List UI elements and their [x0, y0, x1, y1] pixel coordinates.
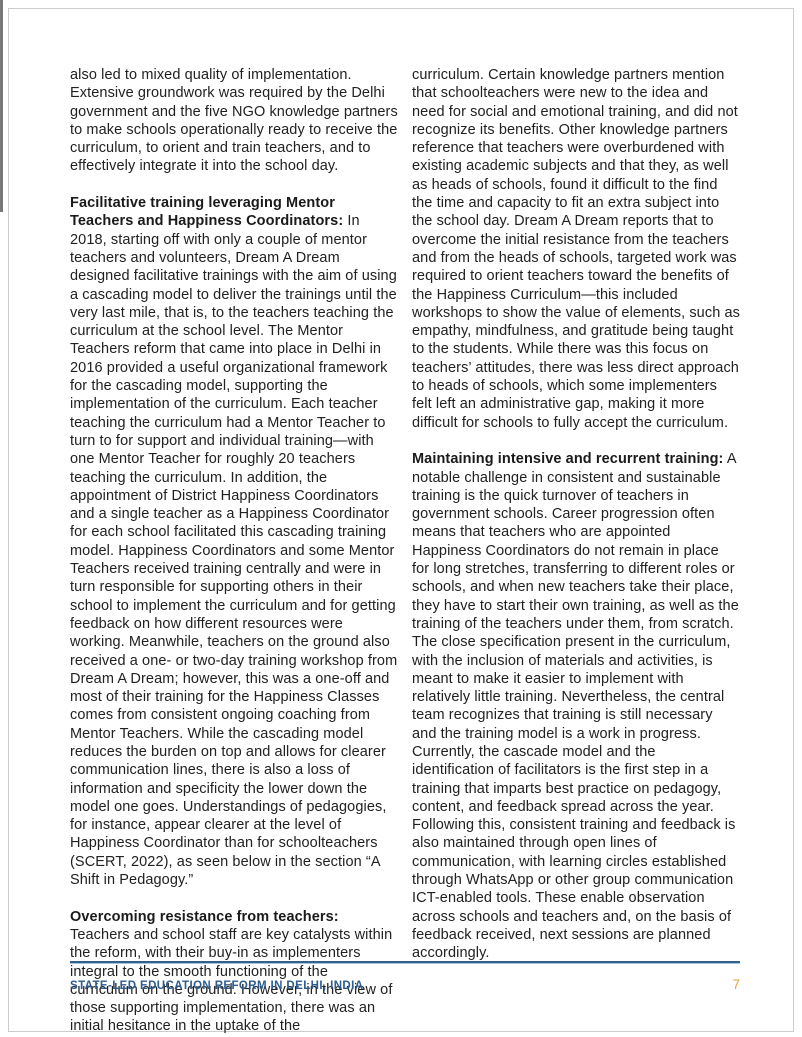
paragraph-lead: Maintaining intensive and recurrent trai… [412, 451, 723, 467]
page-content: also led to mixed quality of implementat… [70, 66, 740, 1036]
paragraph-text: In 2018, starting off with only a couple… [70, 213, 397, 888]
page-edge-strip [0, 0, 3, 212]
page-footer: STATE-LED EDUCATION REFORM IN DELHI, IND… [70, 961, 740, 992]
paragraph: Maintaining intensive and recurrent trai… [412, 450, 740, 962]
footer-rule [70, 961, 740, 964]
paragraph-lead: Facilitative training leveraging Mentor … [70, 195, 343, 229]
paragraph-text: curriculum. Certain knowledge partners m… [412, 67, 740, 431]
paragraph-lead: Overcoming resistance from teachers: [70, 909, 339, 925]
footer-page-number: 7 [732, 977, 740, 992]
text-column-right: curriculum. Certain knowledge partners m… [412, 66, 740, 1036]
paragraph: also led to mixed quality of implementat… [70, 66, 398, 176]
paragraph-text: also led to mixed quality of implementat… [70, 67, 398, 174]
document-page: also led to mixed quality of implementat… [0, 0, 802, 1037]
paragraph-text: A notable challenge in consistent and su… [412, 451, 739, 961]
text-column-left: also led to mixed quality of implementat… [70, 66, 398, 1036]
footer-row: STATE-LED EDUCATION REFORM IN DELHI, IND… [70, 977, 740, 992]
paragraph: Facilitative training leveraging Mentor … [70, 194, 398, 889]
paragraph: curriculum. Certain knowledge partners m… [412, 66, 740, 432]
footer-report-title: STATE-LED EDUCATION REFORM IN DELHI, IND… [70, 980, 363, 992]
